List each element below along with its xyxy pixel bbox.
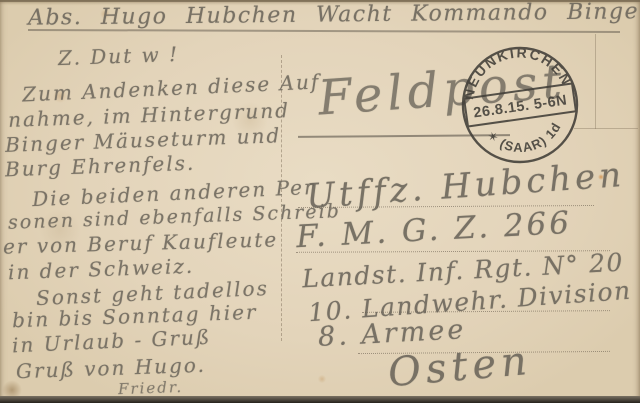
message-line: Z. Dut w !: [58, 42, 180, 70]
postcard-back: Abs. Hugo Hubchen Wacht Kommando Bingerb…: [0, 0, 640, 403]
svg-text:✶ (SAAR) 1d: ✶ (SAAR) 1d: [482, 118, 567, 160]
card-bottom-edge: [0, 396, 640, 403]
postmark-region-text: ✶ (SAAR) 1d: [482, 118, 567, 160]
postmark-date-text: 26.8.15. 5-6N: [472, 92, 568, 121]
